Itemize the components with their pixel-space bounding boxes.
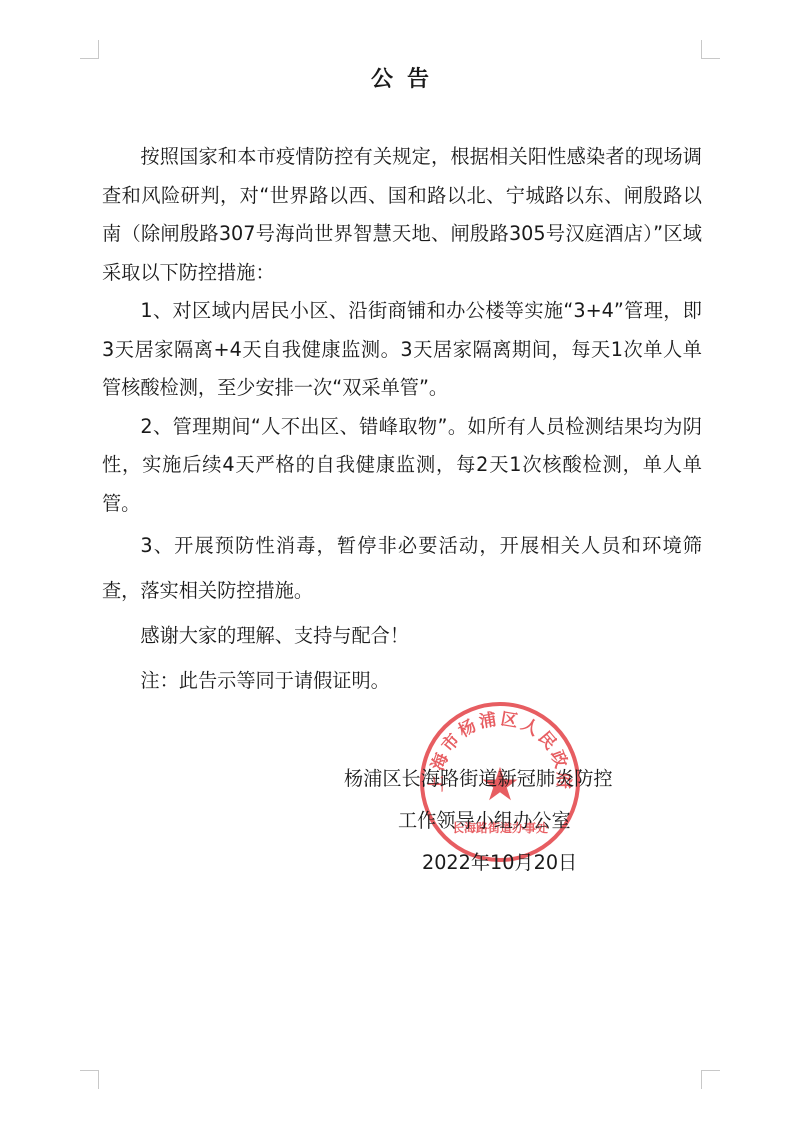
page-corner-mark-bottom-left [80,1070,99,1089]
signature-date: 2022年10月20日 [422,848,577,875]
paragraph-intro: 按照国家和本市疫情防控有关规定，根据相关阳性感染者的现场调查和风险研判，对“世界… [102,138,702,292]
page-corner-mark-top-right [701,40,720,59]
document-title: 公告 [0,62,800,93]
paragraph-thanks: 感谢大家的理解、支持与配合！ [102,613,702,658]
signature-organization: 杨浦区长海路街道新冠肺炎防控 [344,764,613,791]
paragraph-note: 注：此告示等同于请假证明。 [102,658,702,703]
page-corner-mark-top-left [80,40,99,59]
page-corner-mark-bottom-right [701,1070,720,1089]
document-body: 按照国家和本市疫情防控有关规定，根据相关阳性感染者的现场调查和风险研判，对“世界… [102,138,702,703]
paragraph-measure-2: 2、管理期间“人不出区、错峰取物”。如所有人员检测结果均为阴性，实施后续4天严格… [102,408,702,524]
paragraph-measure-1: 1、对区域内居民小区、沿街商铺和办公楼等实施“3+4”管理，即3天居家隔离+4天… [102,292,702,408]
signature-office: 工作领导小组办公室 [398,806,571,833]
paragraph-measure-3: 3、开展预防性消毒，暂停非必要活动，开展相关人员和环境筛查，落实相关防控措施。 [102,523,702,613]
